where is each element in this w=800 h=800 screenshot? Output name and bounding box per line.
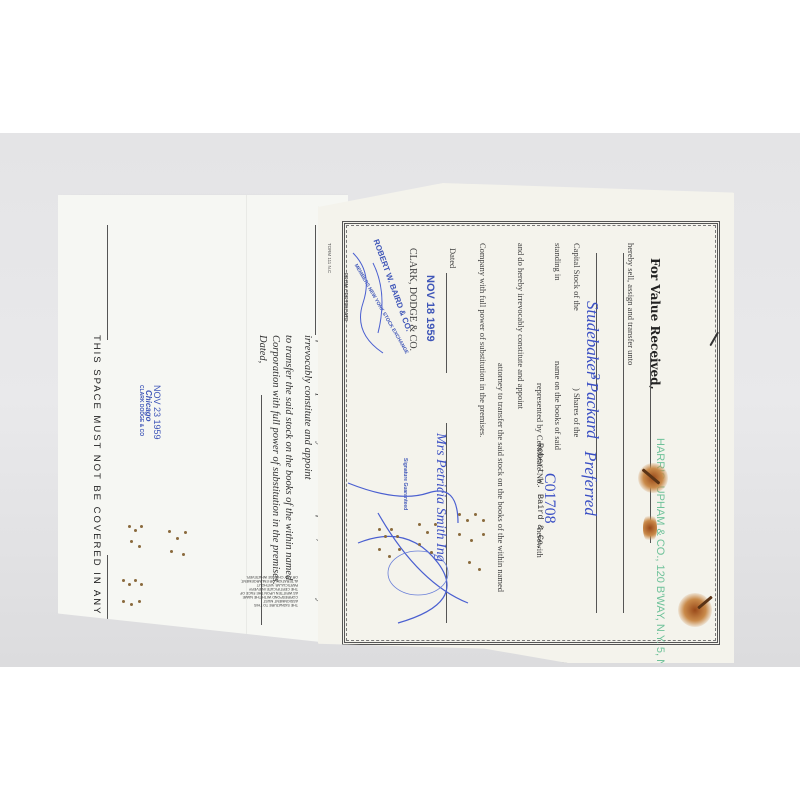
document-photo: THIS SPACE MUST NOT BE COVERED IN ANY WA… [0,133,800,667]
space-warning: THIS SPACE MUST NOT BE COVERED IN ANY WA… [91,335,102,646]
back-dated-label: Dated, [257,335,268,363]
back-script-line-2: irrevocably constitute and appoint [302,335,313,480]
signature-notice: THE SIGNATURE TO THIS ASSIGNMENT MUST CO… [238,575,298,607]
dated-label: Dated [448,248,458,268]
back-script-line-4: Corporation with full power of substitut… [270,335,281,585]
shares-label: ) Shares of the [572,388,582,437]
warning-line-bottom [107,555,108,645]
back-sheet: THIS SPACE MUST NOT BE COVERED IN ANY WA… [58,195,348,645]
rule-dated [446,273,447,373]
back-rule-1 [315,225,316,335]
back-firm-stamp: CLARK DODGE & CO [138,385,144,436]
broker-signature [343,243,403,363]
typed-attorney: Robert W. Baird & Co. [535,443,545,550]
signature-scribble [338,463,478,643]
attorney-clause: attorney to transfer the said stock on t… [496,363,506,592]
date-stamp: NOV 18 1959 [424,275,436,342]
standing-in-label: standing in [553,243,563,281]
warning-line-top [107,225,108,340]
firm-stamp: CLARK, DODGE & CO. [407,248,418,351]
handwritten-company: Studebaker Packard [582,301,602,439]
back-date-stamp: NOV 23 1959 [152,385,162,440]
back-city-stamp: Chicago [144,390,153,422]
power-of-substitution-line: Company with full power of substitution … [478,243,488,437]
assign-line: hereby sell, assign and transfer unto [626,243,636,365]
rust-stain [643,513,657,543]
capital-stock-label: Capital Stock of the [572,243,582,311]
form-code: TORM 111 N.C [327,243,332,273]
handwritten-shares: 3 [586,373,602,380]
rule-assignee [623,253,624,613]
handwritten-class: Preferred [580,451,600,516]
name-on-books-label: name on the books of said [553,361,563,450]
back-script-line-3: to transfer the said stock on the books … [283,335,294,580]
front-sheet: TORM 111 N.C For Value Received, hereby … [318,183,734,663]
appoint-line: and do hereby irrevocably constitute and… [516,243,526,409]
